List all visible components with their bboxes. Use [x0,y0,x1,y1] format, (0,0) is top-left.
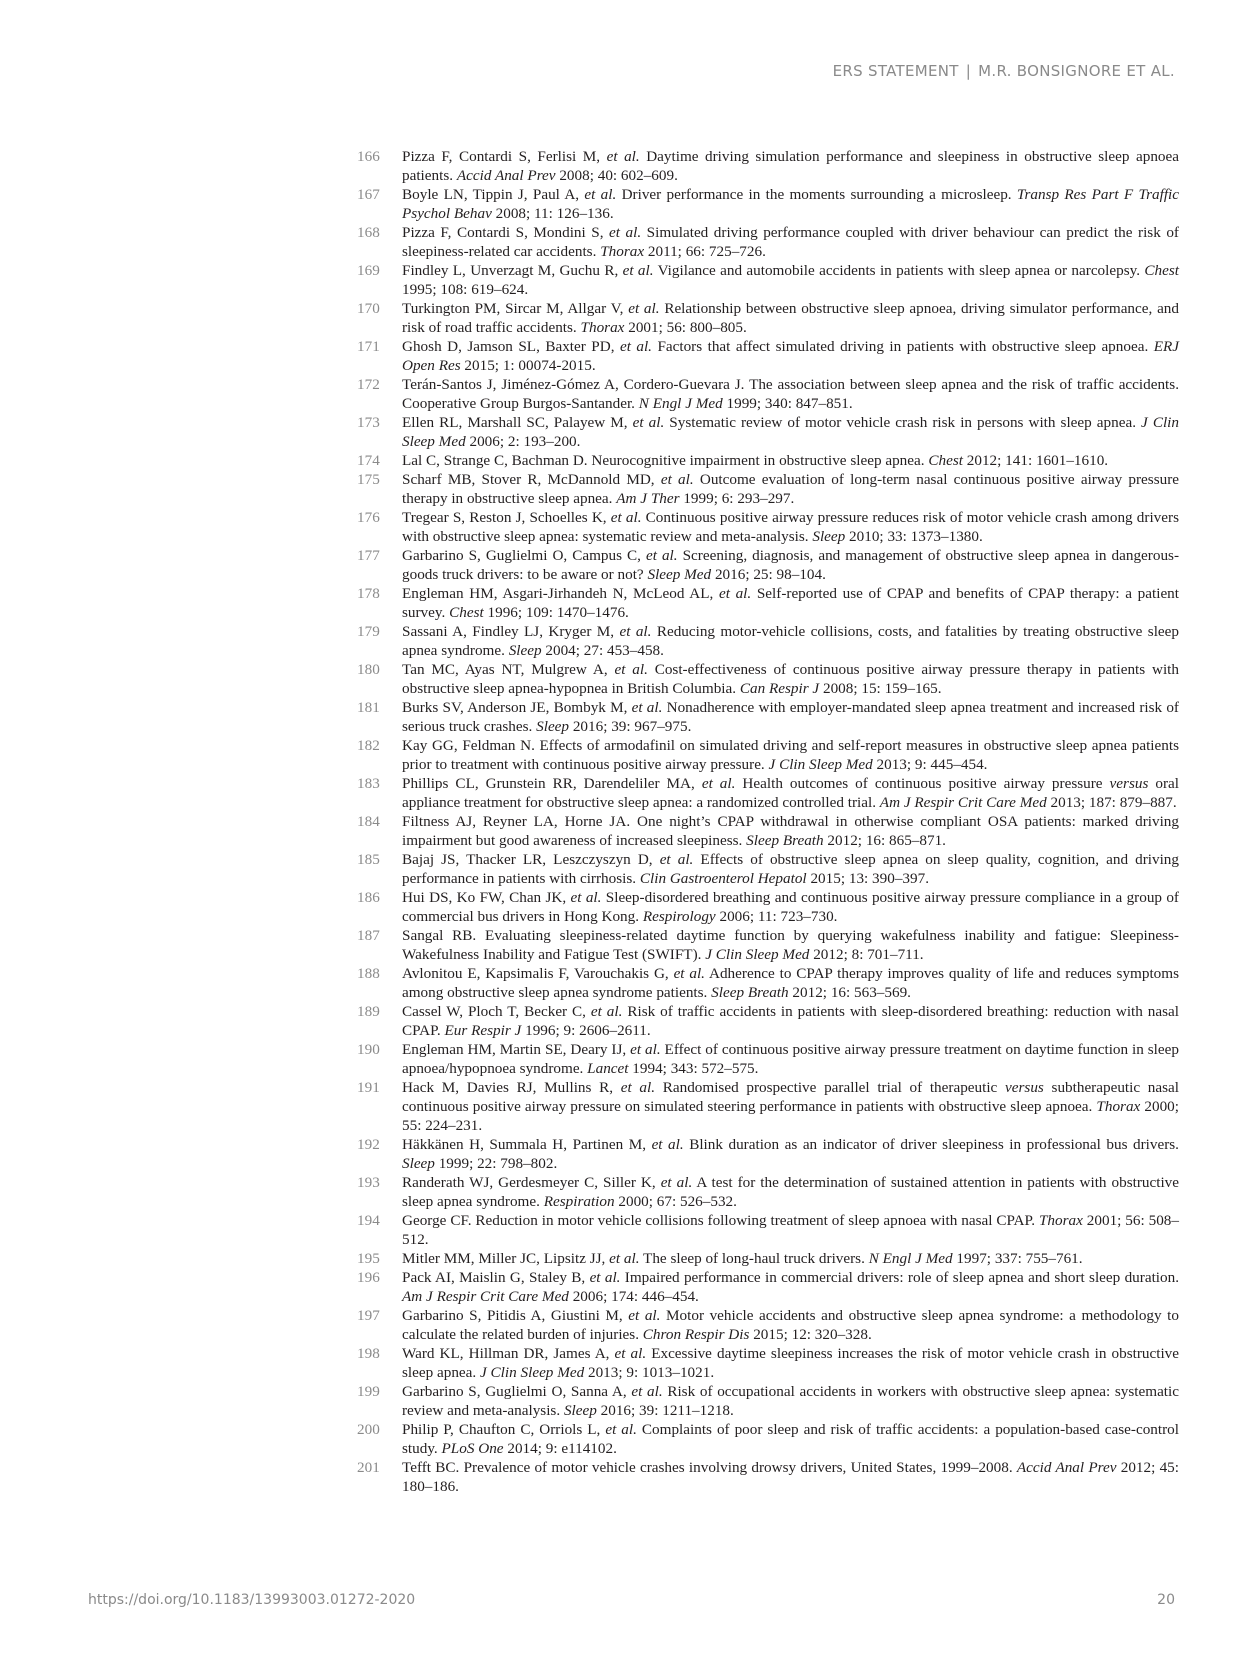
text-run: 1996; 9: 2606–2611. [521,1022,650,1039]
italic-text: N Engl J Med [639,395,723,412]
reference-item: 193Randerath WJ, Gerdesmeyer C, Siller K… [357,1173,1179,1211]
italic-text: et al. [628,300,659,317]
text-run: Randerath WJ, Gerdesmeyer C, Siller K, [402,1174,661,1191]
reference-item: 174Lal C, Strange C, Bachman D. Neurocog… [357,451,1179,470]
text-run: 2001; 56: 800–805. [624,319,746,336]
reference-item: 192Häkkänen H, Summala H, Partinen M, et… [357,1135,1179,1173]
italic-text: et al. [623,262,654,279]
reference-text: Garbarino S, Guglielmi O, Campus C, et a… [402,546,1179,584]
italic-text: et al. [633,414,665,431]
italic-text: J Clin Sleep Med [769,756,873,773]
text-run: Findley L, Unverzagt M, Guchu R, [402,262,623,279]
reference-text: Tefft BC. Prevalence of motor vehicle cr… [402,1458,1179,1496]
text-run: 2006; 11: 723–730. [716,908,838,925]
reference-item: 178Engleman HM, Asgari-Jirhandeh N, McLe… [357,584,1179,622]
text-run: Hui DS, Ko FW, Chan JK, [402,889,571,906]
italic-text: Thorax [600,243,644,260]
text-run: Sassani A, Findley LJ, Kryger M, [402,623,619,640]
text-run: Pack AI, Maislin G, Staley B, [402,1269,590,1286]
reference-text: Pack AI, Maislin G, Staley B, et al. Imp… [402,1268,1179,1306]
reference-text: Turkington PM, Sircar M, Allgar V, et al… [402,299,1179,337]
italic-text: Thorax [1096,1098,1140,1115]
reference-text: Bajaj JS, Thacker LR, Leszczyszyn D, et … [402,850,1179,888]
italic-text: Accid Anal Prev [457,167,556,184]
italic-text: Sleep Med [647,566,711,583]
italic-text: J Clin Sleep Med [480,1364,584,1381]
reference-item: 167Boyle LN, Tippin J, Paul A, et al. Dr… [357,185,1179,223]
italic-text: et al. [674,965,705,982]
reference-text: Avlonitou E, Kapsimalis F, Varouchakis G… [402,964,1179,1002]
italic-text: et al. [631,1383,662,1400]
italic-text: N Engl J Med [869,1250,953,1267]
text-run: Engleman HM, Martin SE, Deary IJ, [402,1041,630,1058]
reference-number: 171 [357,337,402,356]
reference-text: Cassel W, Ploch T, Becker C, et al. Risk… [402,1002,1179,1040]
text-run: 2015; 13: 390–397. [807,870,929,887]
reference-text: Filtness AJ, Reyner LA, Horne JA. One ni… [402,812,1179,850]
text-run: Randomised prospective parallel trial of… [655,1079,1005,1096]
reference-item: 181Burks SV, Anderson JE, Bombyk M, et a… [357,698,1179,736]
italic-text: Chest [1144,262,1179,279]
reference-text: Hack M, Davies RJ, Mullins R, et al. Ran… [402,1078,1179,1135]
reference-number: 198 [357,1344,402,1363]
italic-text: et al. [591,1003,623,1020]
text-run: Häkkänen H, Summala H, Partinen M, [402,1136,652,1153]
reference-number: 199 [357,1382,402,1401]
italic-text: Sleep [564,1402,597,1419]
reference-item: 189Cassel W, Ploch T, Becker C, et al. R… [357,1002,1179,1040]
reference-item: 191Hack M, Davies RJ, Mullins R, et al. … [357,1078,1179,1135]
text-run: 2013; 9: 445–454. [873,756,988,773]
italic-text: Can Respir J [740,680,819,697]
italic-text: et al. [605,1421,637,1438]
reference-text: Ellen RL, Marshall SC, Palayew M, et al.… [402,413,1179,451]
reference-number: 189 [357,1002,402,1021]
reference-text: Engleman HM, Asgari-Jirhandeh N, McLeod … [402,584,1179,622]
reference-text: Ward KL, Hillman DR, James A, et al. Exc… [402,1344,1179,1382]
reference-item: 195Mitler MM, Miller JC, Lipsitz JJ, et … [357,1249,1179,1268]
reference-text: Lal C, Strange C, Bachman D. Neurocognit… [402,451,1179,470]
reference-item: 183Phillips CL, Grunstein RR, Darendelil… [357,774,1179,812]
text-run: Boyle LN, Tippin J, Paul A, [402,186,584,203]
italic-text: Lancet [587,1060,628,1077]
running-header: ERS STATEMENT|M.R. BONSIGNORE ET AL. [833,62,1175,80]
reference-text: Häkkänen H, Summala H, Partinen M, et al… [402,1135,1179,1173]
italic-text: et al. [609,224,641,241]
italic-text: et al. [615,1345,647,1362]
italic-text: et al. [702,775,736,792]
reference-text: Randerath WJ, Gerdesmeyer C, Siller K, e… [402,1173,1179,1211]
reference-text: Hui DS, Ko FW, Chan JK, et al. Sleep-dis… [402,888,1179,926]
italic-text: Thorax [1039,1212,1083,1229]
text-run: 2016; 39: 967–975. [569,718,691,735]
text-run: Tregear S, Reston J, Schoelles K, [402,509,611,526]
reference-number: 182 [357,736,402,755]
italic-text: Eur Respir J [445,1022,522,1039]
reference-item: 184Filtness AJ, Reyner LA, Horne JA. One… [357,812,1179,850]
reference-number: 175 [357,470,402,489]
text-run: 2000; 67: 526–532. [615,1193,737,1210]
reference-text: Scharf MB, Stover R, McDannold MD, et al… [402,470,1179,508]
text-run: Tefft BC. Prevalence of motor vehicle cr… [402,1459,1017,1476]
text-run: Pizza F, Contardi S, Mondini S, [402,224,609,241]
italic-text: Clin Gastroenterol Hepatol [640,870,807,887]
text-run: Driver performance in the moments surrou… [616,186,1017,203]
reference-text: Pizza F, Contardi S, Mondini S, et al. S… [402,223,1179,261]
text-run: Ward KL, Hillman DR, James A, [402,1345,615,1362]
reference-text: Terán-Santos J, Jiménez-Gómez A, Cordero… [402,375,1179,413]
text-run: 2006; 2: 193–200. [466,433,581,450]
text-run: Garbarino S, Pitidis A, Giustini M, [402,1307,628,1324]
reference-item: 182Kay GG, Feldman N. Effects of armodaf… [357,736,1179,774]
text-run: Garbarino S, Guglielmi O, Campus C, [402,547,646,564]
reference-item: 188Avlonitou E, Kapsimalis F, Varouchaki… [357,964,1179,1002]
italic-text: et al. [584,186,616,203]
text-run: Philip P, Chaufton C, Orriols L, [402,1421,605,1438]
reference-item: 180Tan MC, Ayas NT, Mulgrew A, et al. Co… [357,660,1179,698]
reference-number: 184 [357,812,402,831]
reference-number: 169 [357,261,402,280]
italic-text: Thorax [581,319,625,336]
reference-item: 177Garbarino S, Guglielmi O, Campus C, e… [357,546,1179,584]
reference-item: 169Findley L, Unverzagt M, Guchu R, et a… [357,261,1179,299]
reference-number: 185 [357,850,402,869]
italic-text: Chest [449,604,484,621]
text-run: 2008; 11: 126–136. [492,205,614,222]
text-run: Turkington PM, Sircar M, Allgar V, [402,300,628,317]
reference-item: 200Philip P, Chaufton C, Orriols L, et a… [357,1420,1179,1458]
italic-text: et al. [661,471,694,488]
reference-text: Philip P, Chaufton C, Orriols L, et al. … [402,1420,1179,1458]
text-run: 2010; 33: 1373–1380. [845,528,983,545]
italic-text: et al. [607,148,640,165]
text-run: Avlonitou E, Kapsimalis F, Varouchakis G… [402,965,674,982]
page-number: 20 [1157,1592,1175,1608]
reference-number: 180 [357,660,402,679]
text-run: Burks SV, Anderson JE, Bombyk M, [402,699,632,716]
reference-text: George CF. Reduction in motor vehicle co… [402,1211,1179,1249]
text-run: 1997; 337: 755–761. [953,1250,1083,1267]
text-run: Ellen RL, Marshall SC, Palayew M, [402,414,633,431]
italic-text: et al. [661,1174,693,1191]
reference-number: 166 [357,147,402,166]
text-run: Vigilance and automobile accidents in pa… [654,262,1145,279]
italic-text: Sleep Breath [746,832,823,849]
reference-item: 201Tefft BC. Prevalence of motor vehicle… [357,1458,1179,1496]
reference-number: 191 [357,1078,402,1097]
reference-number: 197 [357,1306,402,1325]
text-run: 2015; 12: 320–328. [749,1326,871,1343]
reference-item: 166Pizza F, Contardi S, Ferlisi M, et al… [357,147,1179,185]
reference-item: 197Garbarino S, Pitidis A, Giustini M, e… [357,1306,1179,1344]
text-run: 2008; 40: 602–609. [556,167,678,184]
reference-text: Sangal RB. Evaluating sleepiness-related… [402,926,1179,964]
text-run: 1996; 109: 1470–1476. [484,604,629,621]
text-run: Phillips CL, Grunstein RR, Darendeliler … [402,775,702,792]
text-run: George CF. Reduction in motor vehicle co… [402,1212,1039,1229]
header-separator: | [966,62,971,80]
text-run: The sleep of long-haul truck drivers. [640,1250,869,1267]
reference-text: Sassani A, Findley LJ, Kryger M, et al. … [402,622,1179,660]
text-run: Tan MC, Ayas NT, Mulgrew A, [402,661,614,678]
italic-text: et al. [646,547,678,564]
italic-text: Sleep [509,642,542,659]
italic-text: Respirology [643,908,716,925]
italic-text: Am J Respir Crit Care Med [880,794,1047,811]
text-run: Cassel W, Ploch T, Becker C, [402,1003,591,1020]
reference-text: Garbarino S, Guglielmi O, Sanna A, et al… [402,1382,1179,1420]
italic-text: et al. [609,1250,639,1267]
text-run: 2016; 25: 98–104. [711,566,826,583]
reference-text: Ghosh D, Jamson SL, Baxter PD, et al. Fa… [402,337,1179,375]
reference-text: Garbarino S, Pitidis A, Giustini M, et a… [402,1306,1179,1344]
reference-item: 186Hui DS, Ko FW, Chan JK, et al. Sleep-… [357,888,1179,926]
italic-text: versus [1110,775,1149,792]
italic-text: Am J Ther [616,490,679,507]
text-run: 2015; 1: 00074-2015. [461,357,596,374]
reference-number: 170 [357,299,402,318]
italic-text: et al. [719,585,751,602]
reference-number: 178 [357,584,402,603]
header-section: ERS STATEMENT [833,62,959,80]
reference-item: 170Turkington PM, Sircar M, Allgar V, et… [357,299,1179,337]
reference-text: Tregear S, Reston J, Schoelles K, et al.… [402,508,1179,546]
text-run: 1999; 340: 847–851. [723,395,853,412]
italic-text: Sleep [402,1155,435,1172]
italic-text: et al. [571,889,602,906]
text-run: Mitler MM, Miller JC, Lipsitz JJ, [402,1250,609,1267]
text-run: Engleman HM, Asgari-Jirhandeh N, McLeod … [402,585,719,602]
text-run: 2013; 9: 1013–1021. [584,1364,714,1381]
reference-number: 196 [357,1268,402,1287]
italic-text: Sleep [536,718,569,735]
italic-text: Sleep Breath [711,984,788,1001]
text-run: 2004; 27: 453–458. [542,642,664,659]
text-run: 1994; 343: 572–575. [629,1060,759,1077]
reference-number: 192 [357,1135,402,1154]
header-authors: M.R. BONSIGNORE ET AL. [978,62,1175,80]
reference-item: 185Bajaj JS, Thacker LR, Leszczyszyn D, … [357,850,1179,888]
reference-item: 173Ellen RL, Marshall SC, Palayew M, et … [357,413,1179,451]
italic-text: Am J Respir Crit Care Med [402,1288,569,1305]
text-run: 1999; 22: 798–802. [435,1155,557,1172]
text-run: Bajaj JS, Thacker LR, Leszczyszyn D, [402,851,660,868]
reference-number: 174 [357,451,402,470]
text-run: Hack M, Davies RJ, Mullins R, [402,1079,621,1096]
reference-number: 168 [357,223,402,242]
reference-list: 166Pizza F, Contardi S, Ferlisi M, et al… [357,147,1179,1496]
reference-text: Engleman HM, Martin SE, Deary IJ, et al.… [402,1040,1179,1078]
reference-number: 201 [357,1458,402,1477]
text-run: Factors that affect simulated driving in… [652,338,1154,355]
reference-item: 179Sassani A, Findley LJ, Kryger M, et a… [357,622,1179,660]
reference-item: 194George CF. Reduction in motor vehicle… [357,1211,1179,1249]
italic-text: Accid Anal Prev [1017,1459,1117,1476]
italic-text: J Clin Sleep Med [705,946,809,963]
text-run: 2006; 174: 446–454. [569,1288,699,1305]
reference-item: 190Engleman HM, Martin SE, Deary IJ, et … [357,1040,1179,1078]
reference-number: 172 [357,375,402,394]
text-run: Ghosh D, Jamson SL, Baxter PD, [402,338,620,355]
reference-item: 171Ghosh D, Jamson SL, Baxter PD, et al.… [357,337,1179,375]
reference-number: 190 [357,1040,402,1059]
italic-text: et al. [628,1307,660,1324]
text-run: 1999; 6: 293–297. [680,490,795,507]
text-run: 2011; 66: 725–726. [644,243,766,260]
text-run: 2013; 187: 879–887. [1047,794,1177,811]
text-run: 1995; 108: 619–624. [402,281,528,298]
italic-text: versus [1005,1079,1044,1096]
reference-text: Kay GG, Feldman N. Effects of armodafini… [402,736,1179,774]
reference-text: Pizza F, Contardi S, Ferlisi M, et al. D… [402,147,1179,185]
italic-text: et al. [660,851,694,868]
text-run: Health outcomes of continuous positive a… [735,775,1109,792]
reference-item: 175Scharf MB, Stover R, McDannold MD, et… [357,470,1179,508]
text-run: Garbarino S, Guglielmi O, Sanna A, [402,1383,631,1400]
reference-number: 200 [357,1420,402,1439]
reference-number: 195 [357,1249,402,1268]
text-run: 2012; 16: 865–871. [824,832,946,849]
reference-item: 199Garbarino S, Guglielmi O, Sanna A, et… [357,1382,1179,1420]
reference-item: 187Sangal RB. Evaluating sleepiness-rela… [357,926,1179,964]
reference-number: 176 [357,508,402,527]
text-run: Pizza F, Contardi S, Ferlisi M, [402,148,607,165]
reference-number: 188 [357,964,402,983]
italic-text: et al. [614,661,647,678]
italic-text: et al. [620,338,652,355]
reference-text: Tan MC, Ayas NT, Mulgrew A, et al. Cost-… [402,660,1179,698]
text-run: Impaired performance in commercial drive… [620,1269,1179,1286]
reference-text: Boyle LN, Tippin J, Paul A, et al. Drive… [402,185,1179,223]
italic-text: et al. [632,699,663,716]
reference-text: Phillips CL, Grunstein RR, Darendeliler … [402,774,1179,812]
reference-text: Burks SV, Anderson JE, Bombyk M, et al. … [402,698,1179,736]
text-run: 2016; 39: 1211–1218. [597,1402,734,1419]
italic-text: Chest [928,452,963,469]
text-run: Blink duration as an indicator of driver… [684,1136,1179,1153]
italic-text: et al. [621,1079,655,1096]
italic-text: et al. [619,623,651,640]
text-run: 2008; 15: 159–165. [819,680,941,697]
text-run: 2012; 141: 1601–1610. [963,452,1108,469]
reference-number: 167 [357,185,402,204]
italic-text: Chron Respir Dis [643,1326,750,1343]
text-run: 2012; 16: 563–569. [789,984,911,1001]
italic-text: et al. [611,509,642,526]
text-run: Scharf MB, Stover R, McDannold MD, [402,471,661,488]
italic-text: et al. [652,1136,684,1153]
italic-text: Sleep [812,528,845,545]
reference-item: 172Terán-Santos J, Jiménez-Gómez A, Cord… [357,375,1179,413]
reference-number: 177 [357,546,402,565]
reference-item: 198Ward KL, Hillman DR, James A, et al. … [357,1344,1179,1382]
reference-text: Findley L, Unverzagt M, Guchu R, et al. … [402,261,1179,299]
reference-number: 183 [357,774,402,793]
reference-number: 193 [357,1173,402,1192]
reference-number: 179 [357,622,402,641]
reference-number: 173 [357,413,402,432]
reference-number: 181 [357,698,402,717]
text-run: Systematic review of motor vehicle crash… [664,414,1141,431]
reference-item: 168Pizza F, Contardi S, Mondini S, et al… [357,223,1179,261]
text-run: 2014; 9: e114102. [504,1440,617,1457]
italic-text: Respiration [544,1193,615,1210]
text-run: 2012; 8: 701–711. [809,946,923,963]
reference-item: 196Pack AI, Maislin G, Staley B, et al. … [357,1268,1179,1306]
text-run: Lal C, Strange C, Bachman D. Neurocognit… [402,452,928,469]
reference-number: 194 [357,1211,402,1230]
italic-text: et al. [630,1041,661,1058]
reference-number: 187 [357,926,402,945]
reference-text: Mitler MM, Miller JC, Lipsitz JJ, et al.… [402,1249,1179,1268]
reference-number: 186 [357,888,402,907]
doi-link[interactable]: https://doi.org/10.1183/13993003.01272-2… [88,1592,415,1608]
italic-text: PLoS One [442,1440,504,1457]
reference-item: 176Tregear S, Reston J, Schoelles K, et … [357,508,1179,546]
italic-text: et al. [590,1269,621,1286]
